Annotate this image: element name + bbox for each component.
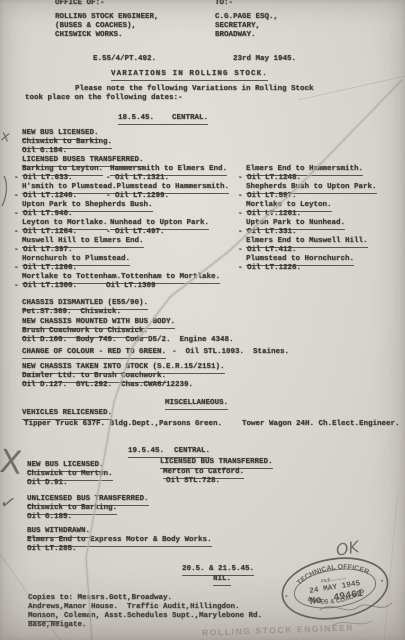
fleet-number: - Oil LT.412. [238,247,297,255]
fleet-number: - Oil LT.1299. [106,193,169,201]
section-heading-18-5-45: 18.5.45.CENTRAL. [118,115,208,125]
copies-line: Andrews,Manor House. Traffic Audit,Hilli… [28,604,240,612]
fleet-number: - Oil LT.1248. [238,175,301,183]
chassis-detail: Oil D.127. GYL.292. Chas.CWA6/12239. [22,382,193,390]
fleet-number: - Oil LT.1226. [238,265,301,273]
stamp-star-left: * [284,594,289,601]
scanned-memo-page: OFFICE OF:- TO:- ROLLING STOCK ENGINEER,… [0,0,405,640]
reference-number: E.55/4/PT.492. [93,56,156,64]
handwritten-check-mark: ✓ [0,492,18,514]
fleet-number: - Oil LT.497. [106,229,165,237]
page-title: VARIATIONS IN ROLLING STOCK. [111,71,268,81]
fleet-number: Oil LT.285. [27,546,77,554]
section-heading-19-5-45: 19.5.45.CENTRAL. [128,448,210,458]
chassis-dismantled-detail: Pet.ST.369. Chiswick. [22,309,121,317]
sender-line: CHISWICK WORKS. [55,32,123,40]
fleet-number: - Oil LT.940. [14,211,73,219]
memo-date: 23rd May 1945. [233,56,296,64]
fleet-number: - Oil LT.633. [14,175,73,183]
copies-line: Base,Reigate. [28,622,87,630]
copies-line: Copies to: Messrs.Gott,Broadway. [28,595,172,603]
recipient-line: BROADWAY. [215,32,256,40]
copies-line: Monson, Coleman, Asst.Schedules Supt.,Ma… [28,613,262,621]
change-of-colour-heading: CHANGE OF COLOUR - RED TO GREEN. [22,349,166,359]
vehicles-relicensed-heading: VEHICLES RELICENSED. [22,410,112,420]
copies-line-rest: Coleman, Asst.Schedules Supt.,Marylebone… [60,612,263,620]
miscellaneous-heading: MISCELLANEOUS. [165,400,228,410]
section-region: CENTRAL. [174,447,210,455]
crease-top-right [298,76,405,100]
handwritten-x-mark: X [0,445,24,479]
section-date: 18.5.45. [118,114,154,122]
relicensed-vehicle: Tower Wagon 24H. Ch.Elect.Engineer. [242,421,400,429]
fleet-number: - Oil LT.597. [238,193,297,201]
chassis-detail: Oil D.100. Body 749. Code D5/2. Engine 4… [22,337,234,345]
change-of-colour-detail: - Oil STL.1093. Staines. [172,349,289,357]
technical-officer-stamp: TECHNICAL OFFICER BUSES & COACHES FILE..… [275,549,395,629]
fleet-number: Oil G.184. [22,148,67,156]
section-date: 19.5.45. [128,447,164,455]
office-of-label: OFFICE OF:- [55,0,105,8]
sender-line: (BUSES & COACHES), [55,23,136,31]
fleet-number: Oil LT.1309 [106,283,156,291]
relicensed-vehicle: Tipper Truck 637F. Bldg.Dept.,Parsons Gr… [24,421,222,429]
fleet-number: - Oil LT.1261. [238,211,301,219]
to-label: TO:- [215,0,233,8]
section-region: CENTRAL. [172,114,208,122]
recipient-line: SECRETARY, [215,23,260,31]
fleet-number: - Oil LT.1300. [14,283,77,291]
fleet-number: - Oil LT.1240. [14,193,77,201]
faint-rolling-stock-engineer-stamp: ROLLING STOCK ENGINEER [202,623,354,637]
stamp-star-right: * [380,579,385,586]
fleet-number: - Oil LT.331. [238,229,297,237]
fleet-number: Oil STL.728. [166,478,220,486]
sender-line: ROLLING STOCK ENGINEER, [55,14,159,22]
fleet-number: - Oil LT.1321. [106,175,169,183]
handwritten-tick-mark: x [0,128,11,145]
fleet-number: Oil D.91. [27,480,68,488]
recipient-line: C.G.PAGE ESQ., [215,14,278,22]
pen-stroke-left-margin [2,176,6,206]
fleet-number: Oil G.185. [27,514,72,522]
fleet-number: - Oil LT.397. [14,247,73,255]
nil-value: NIL. [213,576,231,586]
intro-line: Please note the following Variations in … [75,86,314,94]
fleet-number: - Oil LT.1264. [14,229,77,237]
intro-line: took place on the following dates:- [25,95,183,103]
fleet-number: - Oil LT.1266. [14,265,77,273]
